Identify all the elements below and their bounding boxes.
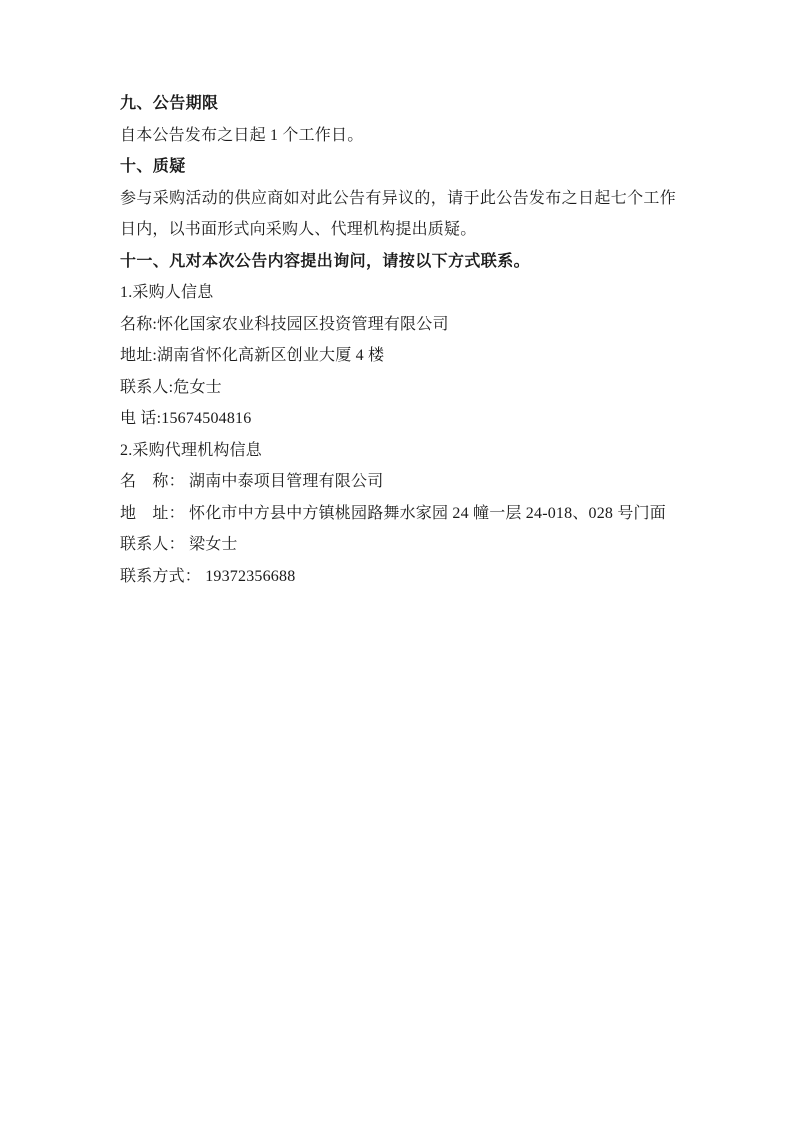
section-9-heading: 九、公告期限 [120, 88, 676, 120]
purchaser-contact-person: 联系人:危女士 [120, 372, 676, 404]
section-11-heading: 十一、凡对本次公告内容提出询问，请按以下方式联系。 [120, 246, 676, 278]
purchaser-info-title: 1.采购人信息 [120, 277, 676, 309]
agency-info-title: 2.采购代理机构信息 [120, 435, 676, 467]
document-page: 九、公告期限 自本公告发布之日起 1 个工作日。 十、质疑 参与采购活动的供应商… [0, 0, 793, 1122]
section-9-body: 自本公告发布之日起 1 个工作日。 [120, 120, 676, 152]
agency-phone: 联系方式： 19372356688 [120, 561, 676, 593]
section-10-heading: 十、质疑 [120, 151, 676, 183]
purchaser-address: 地址:湖南省怀化高新区创业大厦 4 楼 [120, 340, 676, 372]
agency-address: 地 址： 怀化市中方县中方镇桃园路舞水家园 24 幢一层 24-018、028 … [120, 498, 676, 530]
section-10-body: 参与采购活动的供应商如对此公告有异议的，请于此公告发布之日起七个工作日内，以书面… [120, 183, 676, 246]
agency-name: 名 称： 湖南中泰项目管理有限公司 [120, 466, 676, 498]
purchaser-phone: 电 话:15674504816 [120, 403, 676, 435]
purchaser-name: 名称:怀化国家农业科技园区投资管理有限公司 [120, 309, 676, 341]
agency-contact-person: 联系人： 梁女士 [120, 529, 676, 561]
